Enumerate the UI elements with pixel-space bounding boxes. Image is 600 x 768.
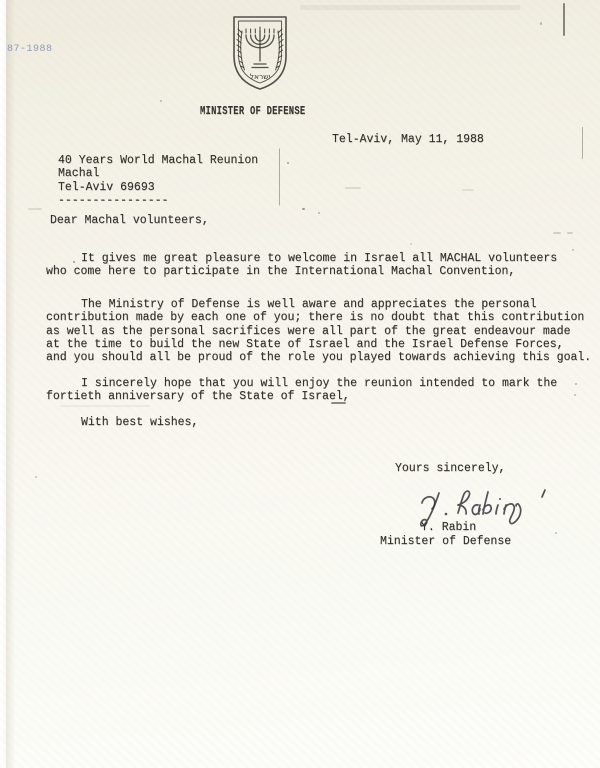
regards-line: With best wishes,: [46, 416, 600, 429]
scan-speck: [575, 383, 577, 385]
scan-speck: [302, 208, 305, 210]
scan-speck: [555, 532, 557, 534]
body-paragraph-3: I sincerely hope that you will enjoy the…: [46, 377, 600, 404]
scan-mark: [345, 187, 361, 189]
scan-left-shadow: [6, 0, 15, 768]
sign-off: Yours sincerely,: [395, 462, 505, 475]
scan-speck: [35, 476, 37, 478]
scan-line: [582, 127, 583, 159]
scan-speck: [318, 212, 320, 214]
scan-line: [563, 3, 565, 36]
scan-mark: [553, 232, 561, 234]
scan-speck: [572, 249, 574, 251]
emblem-hebrew-caption: ישראל: [250, 72, 271, 81]
scan-mark: [567, 232, 573, 234]
scanned-letter-page: 87-1988 ישראל MINISTER OF DEFENSE Tel-Av…: [0, 0, 600, 768]
body-paragraph-2: The Ministry of Defense is well aware an…: [46, 298, 600, 365]
salutation: Dear Machal volunteers,: [50, 214, 209, 227]
scan-mark: [331, 402, 346, 404]
signature-typed-name: Y. Rabin: [421, 521, 476, 534]
israel-state-emblem-icon: ישראל: [229, 14, 291, 94]
signature-typed-title: Minister of Defense: [380, 535, 511, 548]
scan-mark: [28, 208, 42, 210]
scan-speck: [574, 394, 576, 396]
body-paragraph-1: It gives me great pleasure to welcome in…: [46, 252, 600, 279]
scan-speck: [160, 100, 162, 102]
scan-speck: [540, 22, 542, 25]
date-line: Tel-Aviv, May 11, 1988: [332, 133, 484, 146]
letterhead-title: MINISTER OF DEFENSE: [200, 104, 305, 118]
scan-mark: [60, 405, 150, 407]
scan-speck: [410, 243, 412, 245]
recipient-address: 40 Years World Machal Reunion Machal Tel…: [58, 154, 258, 207]
scan-speck: [73, 261, 75, 263]
scan-speck: [287, 162, 289, 164]
scan-line: [279, 148, 280, 206]
archive-stamp-text: 87-1988: [7, 44, 53, 55]
scan-mark: [300, 5, 520, 10]
scan-mark: [462, 189, 474, 191]
